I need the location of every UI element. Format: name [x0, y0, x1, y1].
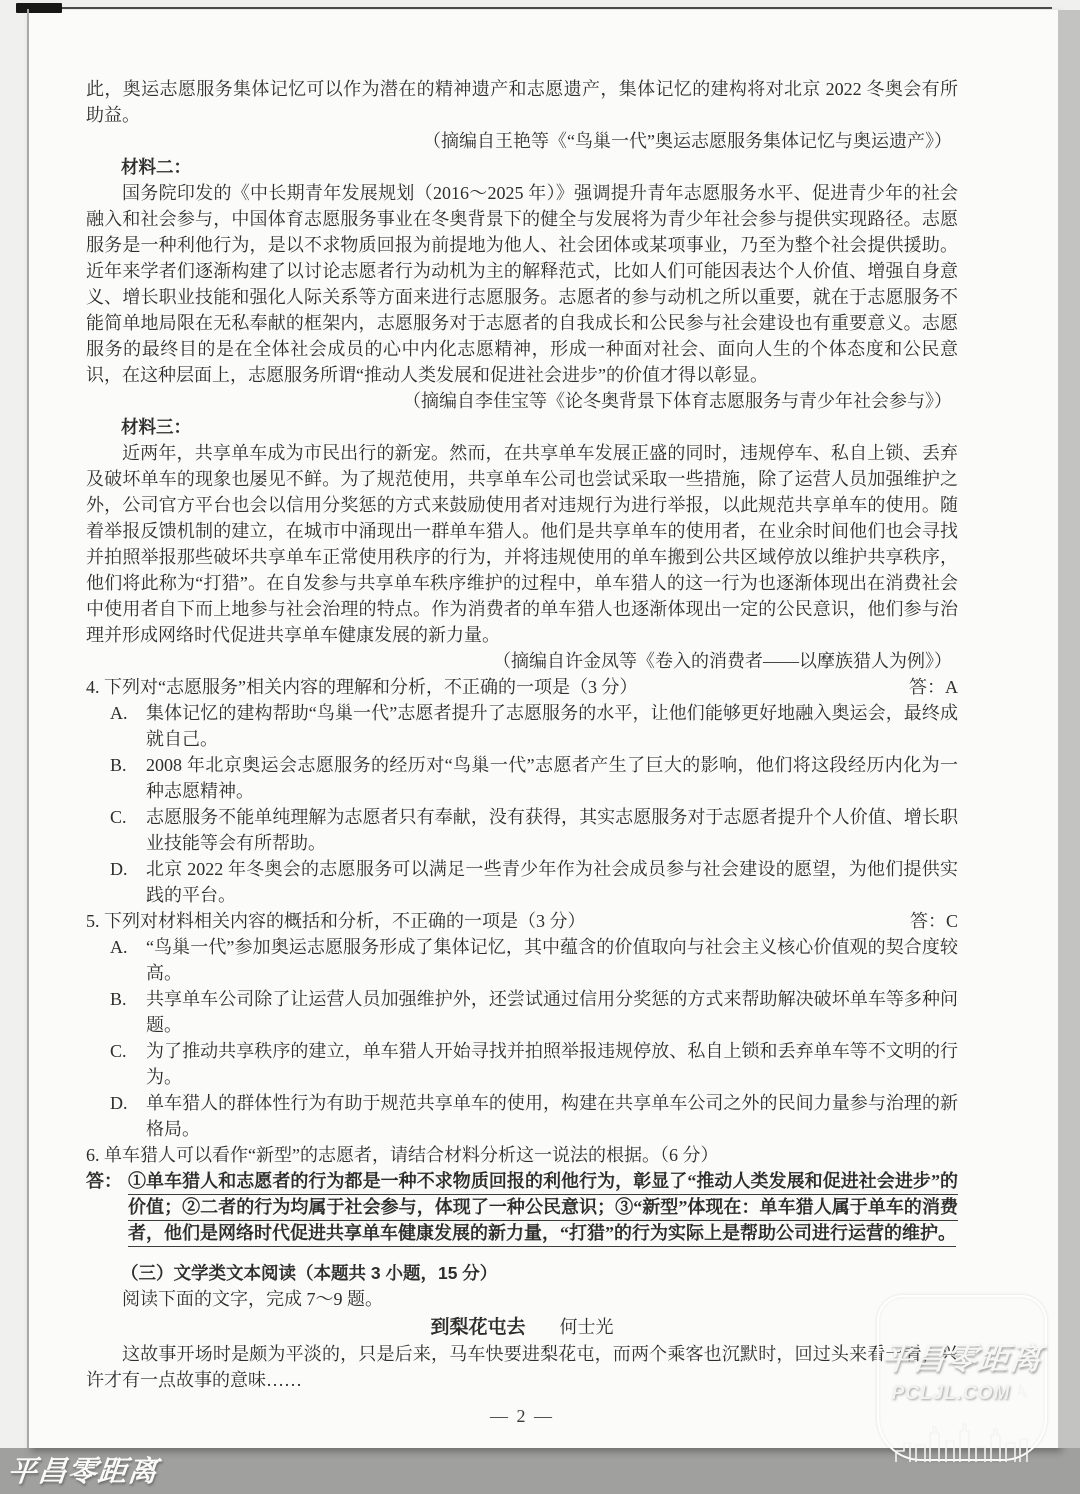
- option-text: 集体记忆的建构帮助“鸟巢一代”志愿者提升了志愿服务的水平，让他们能够更好地融入奥…: [146, 700, 958, 752]
- city-skyline-icon: [894, 1421, 1030, 1468]
- question-6: 6. 单车猎人可以看作“新型”的志愿者，请结合材料分析这一说法的根据。（6 分）: [86, 1142, 958, 1168]
- watermark-badge-domain: PCLJL.COM: [892, 1383, 1011, 1405]
- page-number: — 2 —: [86, 1403, 958, 1429]
- option-label: A.: [110, 934, 146, 986]
- material1-source: （摘编自王艳等《“鸟巢一代”奥运志愿服务集体记忆与奥运遗产》）: [86, 128, 958, 154]
- material1-tail-paragraph: 此，奥运志愿服务集体记忆可以作为潜在的精神遗产和志愿遗产，集体记忆的建构将对北京…: [86, 76, 958, 128]
- option-label: A.: [110, 700, 146, 752]
- watermark-badge-title: 平昌零距离: [880, 1333, 1045, 1378]
- q5-option-b: B. 共享单车公司除了让运营人员加强维护外，还尝试通过信用分奖惩的方式来帮助解决…: [86, 986, 958, 1038]
- q5-option-d: D. 单车猎人的群体性行为有助于规范共享单车的使用，构建在共享单车公司之外的民间…: [86, 1090, 958, 1142]
- question-5-answer: 答：C: [898, 908, 958, 934]
- material3-label: 材料三：: [86, 414, 958, 440]
- material3-paragraph: 近两年，共享单车成为市民出行的新宠。然而，在共享单车发展正盛的同时，违规停车、私…: [86, 440, 958, 648]
- material3-source: （摘编自许金凤等《卷入的消费者——以摩族猎人为例》）: [86, 648, 958, 674]
- option-label: D.: [110, 856, 146, 908]
- question-6-answer-text: ①单车猎人和志愿者的行为都是一种不求物质回报的利他行为，彰显了“推动人类发展和促…: [128, 1168, 958, 1246]
- page-left-edge-line: [27, 9, 29, 1448]
- scanned-exam-page: 此，奥运志愿服务集体记忆可以作为潜在的精神遗产和志愿遗产，集体记忆的建构将对北京…: [0, 0, 1080, 1494]
- option-text: 单车猎人的群体性行为有助于规范共享单车的使用，构建在共享单车公司之外的民间力量参…: [146, 1090, 958, 1142]
- page-content: 此，奥运志愿服务集体记忆可以作为潜在的精神遗产和志愿遗产，集体记忆的建构将对北京…: [86, 76, 958, 1429]
- question-6-stem: 6. 单车猎人可以看作“新型”的志愿者，请结合材料分析这一说法的根据。（6 分）: [86, 1142, 718, 1168]
- story-opening-paragraph: 这故事开场时是颇为平淡的，只是后来，马车快要进梨花屯，而两个乘客也沉默时，回过头…: [86, 1341, 958, 1393]
- option-text: 2008 年北京奥运会志愿服务的经历对“鸟巢一代”志愿者产生了巨大的影响，他们将…: [146, 752, 958, 804]
- option-text: 志愿服务不能单纯理解为志愿者只有奉献，没有获得，其实志愿服务对于志愿者提升个人价…: [146, 804, 958, 856]
- answer-prefix: 答：: [86, 1168, 128, 1246]
- q4-option-a: A. 集体记忆的建构帮助“鸟巢一代”志愿者提升了志愿服务的水平，让他们能够更好地…: [86, 700, 958, 752]
- q5-option-c: C. 为了推动共享秩序的建立，单车猎人开始寻找并拍照举报违规停放、私自上锁和丢弃…: [86, 1038, 958, 1090]
- question-4-stem: 4. 下列对“志愿服务”相关内容的理解和分析，不正确的一项是（3 分）: [86, 674, 637, 700]
- section-3-instruction: 阅读下面的文字，完成 7～9 题。: [86, 1286, 958, 1312]
- question-5-stem: 5. 下列对材料相关内容的概括和分析，不正确的一项是（3 分）: [86, 908, 586, 934]
- scan-corner-mark: [16, 3, 62, 13]
- option-label: B.: [110, 752, 146, 804]
- question-5: 5. 下列对材料相关内容的概括和分析，不正确的一项是（3 分） 答：C: [86, 908, 958, 934]
- question-6-answer-block: 答： ①单车猎人和志愿者的行为都是一种不求物质回报的利他行为，彰显了“推动人类发…: [86, 1168, 958, 1246]
- option-label: B.: [110, 986, 146, 1038]
- scan-margin-right: [1058, 10, 1080, 1448]
- material2-label: 材料二：: [86, 154, 958, 180]
- option-label: C.: [110, 1038, 146, 1090]
- option-text: 共享单车公司除了让运营人员加强维护外，还尝试通过信用分奖惩的方式来帮助解决破坏单…: [146, 986, 958, 1038]
- watermark-corner-text: 平昌零距离: [6, 1449, 160, 1490]
- scan-margin-left: [0, 0, 28, 1448]
- option-text: 为了推动共享秩序的建立，单车猎人开始寻找并拍照举报违规停放、私自上锁和丢弃单车等…: [146, 1038, 958, 1090]
- story-author: 何士光: [560, 1317, 614, 1337]
- option-label: D.: [110, 1090, 146, 1142]
- material2-paragraph: 国务院印发的《中长期青年发展规划（2016～2025 年）》强调提升青年志愿服务…: [86, 180, 958, 388]
- story-title-row: 到梨花屯去何士光: [86, 1314, 958, 1341]
- option-text: “鸟巢一代”参加奥运志愿服务形成了集体记忆，其中蕴含的价值取向与社会主义核心价值…: [146, 934, 958, 986]
- watermark-badge-domain-row: PCLJL.COM: [892, 1382, 1033, 1405]
- q5-option-a: A. “鸟巢一代”参加奥运志愿服务形成了集体记忆，其中蕴含的价值取向与社会主义核…: [86, 934, 958, 986]
- section-3-heading: （三）文学类文本阅读（本题共 3 小题，15 分）: [86, 1260, 958, 1286]
- question-4: 4. 下列对“志愿服务”相关内容的理解和分析，不正确的一项是（3 分） 答：A: [86, 674, 958, 700]
- option-label: C.: [110, 804, 146, 856]
- scan-top-edge-line: [16, 7, 1052, 9]
- cursor-icon: [1014, 1382, 1032, 1405]
- q4-option-c: C. 志愿服务不能单纯理解为志愿者只有奉献，没有获得，其实志愿服务对于志愿者提升…: [86, 804, 958, 856]
- q4-option-d: D. 北京 2022 年冬奥会的志愿服务可以满足一些青少年作为社会成员参与社会建…: [86, 856, 958, 908]
- section-3-literary-reading: （三）文学类文本阅读（本题共 3 小题，15 分） 阅读下面的文字，完成 7～9…: [86, 1260, 958, 1312]
- option-text: 北京 2022 年冬奥会的志愿服务可以满足一些青少年作为社会成员参与社会建设的愿…: [146, 856, 958, 908]
- story-title: 到梨花屯去: [430, 1317, 525, 1338]
- watermark-badge: 平昌零距离 PCLJL.COM: [877, 1295, 1047, 1461]
- material2-source: （摘编自李佳宝等《论冬奥背景下体育志愿服务与青少年社会参与》）: [86, 388, 958, 414]
- question-4-answer: 答：A: [897, 674, 958, 700]
- q4-option-b: B. 2008 年北京奥运会志愿服务的经历对“鸟巢一代”志愿者产生了巨大的影响，…: [86, 752, 958, 804]
